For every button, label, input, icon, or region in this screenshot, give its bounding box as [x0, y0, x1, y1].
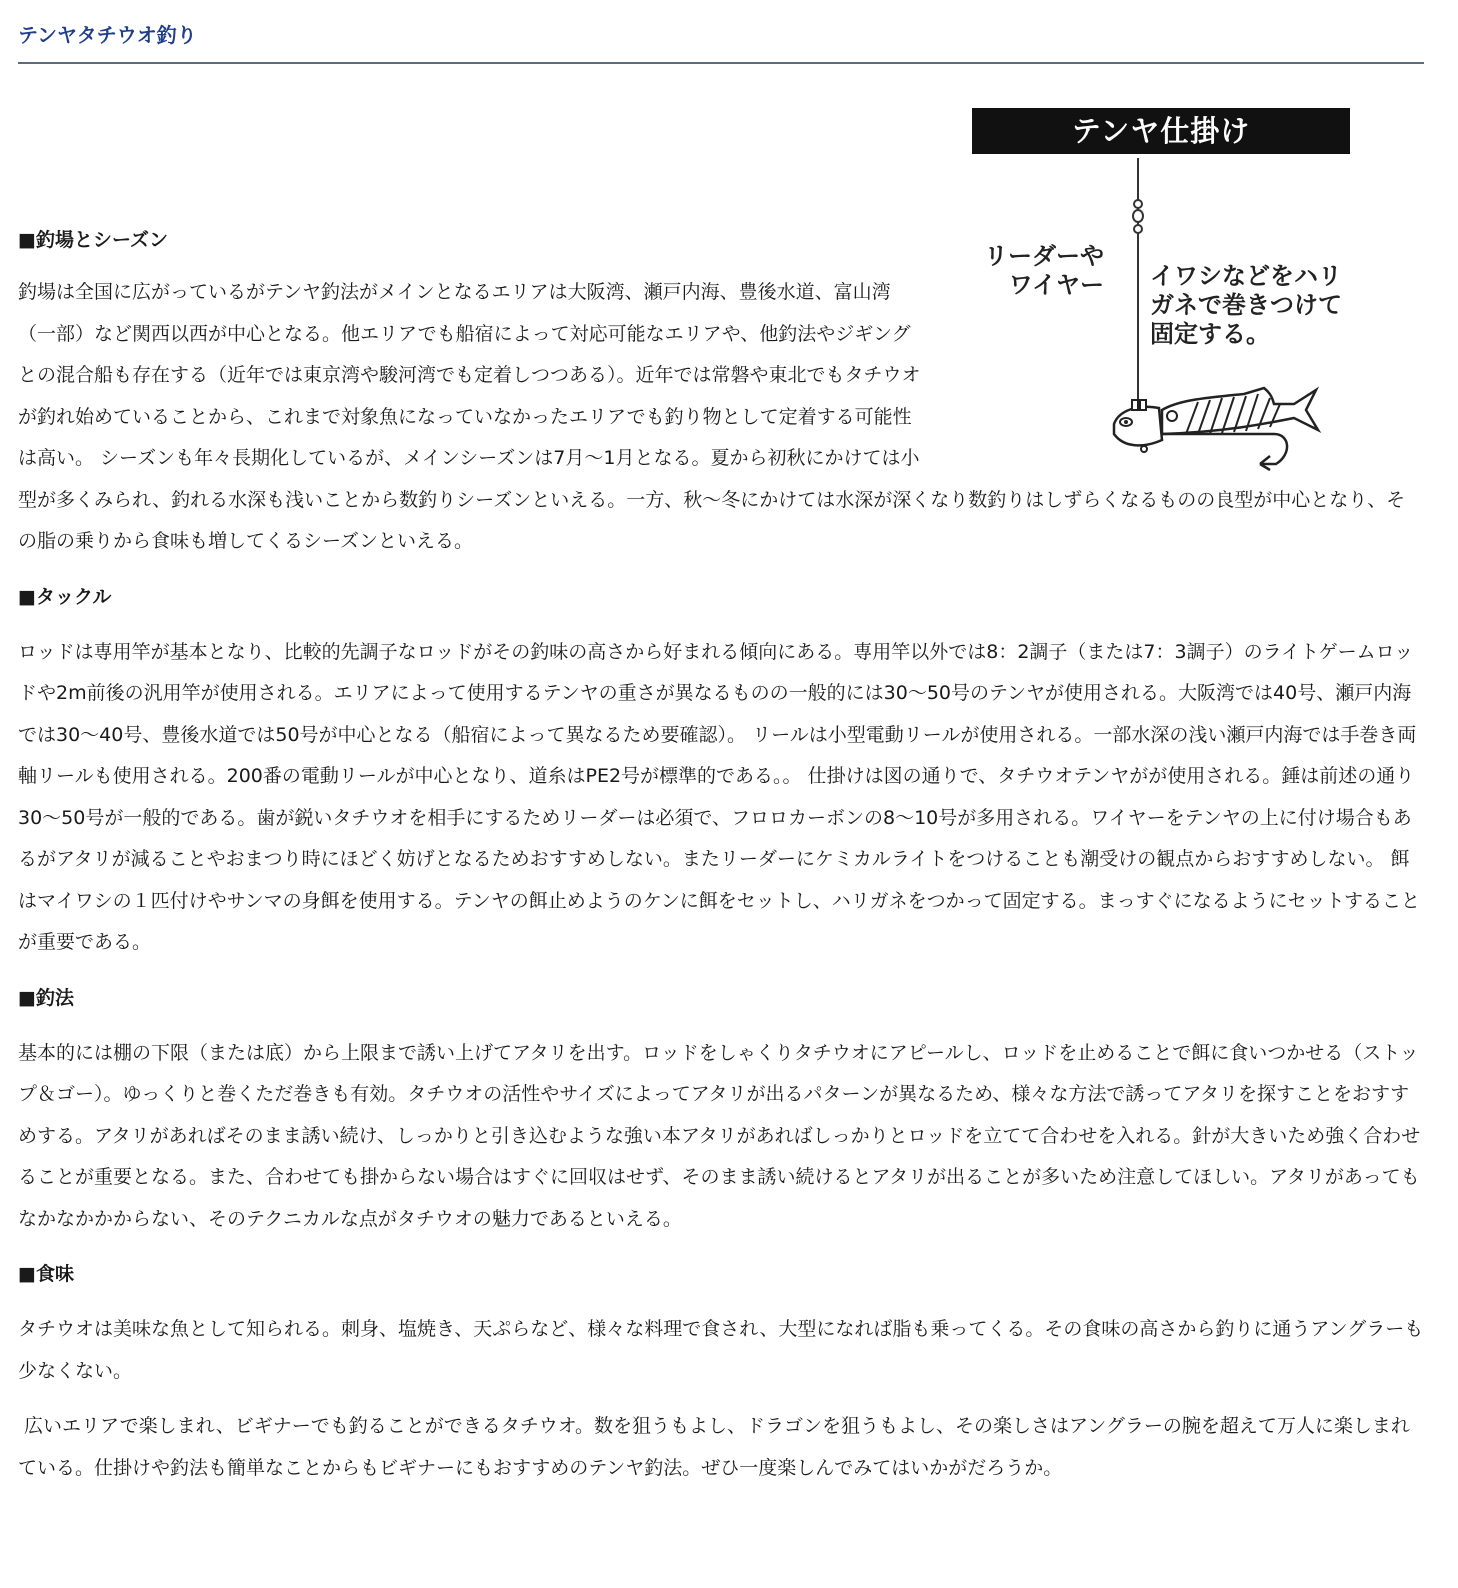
diagram-title: テンヤ仕掛け	[972, 108, 1350, 154]
label-line: イワシなどをハリ	[1150, 262, 1364, 291]
title-bar: テンヤタチウオ釣り	[18, 0, 1424, 64]
bait-fixing-label: イワシなどをハリ ガネで巻きつけて 固定する。	[1150, 262, 1364, 349]
closing-paragraph: 広いエリアで楽しまれ、ビギナーでも釣ることができるタチウオ。数を狙うもよし、ドラ…	[18, 1406, 1424, 1489]
leader-wire-label: リーダーや ワイヤー	[974, 242, 1104, 300]
section-heading-tackle: ■タックル	[18, 577, 1424, 618]
label-line: 固定する。	[1150, 320, 1364, 349]
label-line: ガネで巻きつけて	[1150, 291, 1364, 320]
label-line: ワイヤー	[974, 271, 1104, 300]
section-heading-taste: ■食味	[18, 1254, 1424, 1295]
taste-paragraph: タチウオは美味な魚として知られる。刺身、塩焼き、天ぷらなど、様々な料理で食され、…	[18, 1309, 1424, 1392]
tackle-paragraph: ロッドは専用竿が基本となり、比較的先調子なロッドがその釣味の高さから好まれる傾向…	[18, 632, 1424, 964]
technique-paragraph: 基本的には棚の下限（または底）から上限まで誘い上げてアタリを出す。ロッドをしゃく…	[18, 1033, 1424, 1241]
section-heading-technique: ■釣法	[18, 978, 1424, 1019]
page-title: テンヤタチウオ釣り	[18, 22, 1424, 48]
label-line: リーダーや	[974, 242, 1104, 271]
article-page: テンヤタチウオ釣り	[0, 0, 1458, 1489]
tenya-rig-diagram: テンヤ仕掛け リーダーや ワイヤー イワシなどをハリ ガネで巻きつけて 固定する…	[964, 104, 1364, 474]
